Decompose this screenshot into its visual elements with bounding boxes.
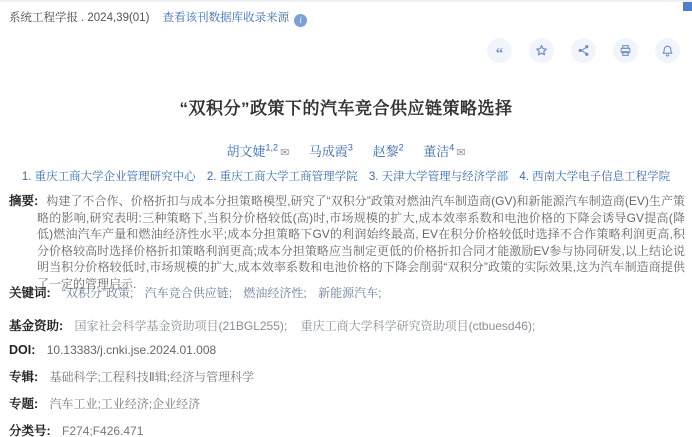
favorite-icon bbox=[535, 44, 548, 57]
clc-row: 分类号: F274;F426.471 bbox=[9, 421, 143, 437]
email-icon[interactable]: ✉ bbox=[280, 147, 289, 159]
author-affil-sup: 1,2 bbox=[266, 143, 279, 153]
keyword-link[interactable]: 新能源汽车; bbox=[318, 286, 381, 300]
author-link[interactable]: 胡文婕1,2✉ bbox=[227, 144, 290, 159]
scrollbar-top[interactable] bbox=[683, 2, 692, 11]
album-value: 基础科学;工程科技Ⅱ辑;经济与管理科学 bbox=[50, 370, 255, 384]
doi-label: DOI: bbox=[9, 343, 35, 357]
keyword-link[interactable]: “双积分”政策; bbox=[62, 286, 133, 300]
clc-value: F274;F426.471 bbox=[62, 424, 143, 437]
author-list: 胡文婕1,2✉ 马成霞3 赵黎2 董洁4✉ bbox=[0, 141, 692, 160]
info-icon[interactable]: i bbox=[294, 14, 307, 27]
favorite-button[interactable] bbox=[529, 38, 554, 63]
cite-icon: “ bbox=[496, 40, 504, 62]
article-toolbar: “ bbox=[487, 38, 680, 63]
author-affil-sup: 3 bbox=[348, 143, 353, 153]
alert-button[interactable] bbox=[655, 38, 680, 63]
cite-button[interactable]: “ bbox=[487, 38, 512, 63]
keywords-label: 关键词: bbox=[9, 286, 51, 300]
affiliation-link[interactable]: 3. 天津大学管理与经济学部 bbox=[369, 171, 508, 183]
fund-link[interactable]: 重庆工商大学科学研究资助项目(ctbuesd46); bbox=[301, 319, 536, 333]
clc-label: 分类号: bbox=[9, 424, 51, 437]
affiliation-list: 1. 重庆工商大学企业管理研究中心 2. 重庆工商大学工商管理学院 3. 天津大… bbox=[0, 168, 692, 184]
journal-name-link[interactable]: 系统工程学报 bbox=[9, 12, 78, 24]
topic-row: 专题: 汽车工业;工业经济;企业经济 bbox=[9, 394, 200, 412]
keyword-link[interactable]: 汽车竞合供应链; bbox=[145, 286, 232, 300]
author-link[interactable]: 董洁4✉ bbox=[423, 144, 465, 159]
alert-icon bbox=[661, 44, 674, 57]
fund-row: 基金资助: 国家社会科学基金资助项目(21BGL255); 重庆工商大学科学研究… bbox=[9, 316, 545, 334]
journal-bar: 系统工程学报. 2024,39(01) 查看该刊数据库收录来源i bbox=[9, 9, 307, 27]
album-row: 专辑: 基础科学;工程科技Ⅱ辑;经济与管理科学 bbox=[9, 367, 254, 385]
journal-issue: . 2024,39(01) bbox=[81, 12, 149, 24]
doi-row: DOI: 10.13383/j.cnki.jse.2024.01.008 bbox=[9, 343, 216, 357]
author-link[interactable]: 赵黎2 bbox=[373, 144, 404, 159]
fund-link[interactable]: 国家社会科学基金资助项目(21BGL255); bbox=[75, 319, 288, 333]
abstract-text: 构建了不合作、价格折扣与成本分担策略模型,研究了“双积分”政策对燃油汽车制造商(… bbox=[37, 194, 685, 291]
print-icon bbox=[619, 44, 632, 57]
print-button[interactable] bbox=[613, 38, 638, 63]
email-icon[interactable]: ✉ bbox=[456, 147, 465, 159]
page-title: “双积分”政策下的汽车竞合供应链策略选择 bbox=[0, 94, 692, 119]
topic-value: 汽车工业;工业经济;企业经济 bbox=[50, 397, 201, 411]
affiliation-link[interactable]: 4. 西南大学电子信息工程学院 bbox=[519, 171, 670, 183]
album-label: 专辑: bbox=[9, 370, 38, 384]
affiliation-link[interactable]: 1. 重庆工商大学企业管理研究中心 bbox=[22, 171, 196, 183]
fund-label: 基金资助: bbox=[9, 319, 63, 333]
share-icon bbox=[577, 44, 590, 57]
doi-value: 10.13383/j.cnki.jse.2024.01.008 bbox=[47, 343, 216, 357]
author-affil-sup: 2 bbox=[399, 143, 404, 153]
journal-source-link[interactable]: 查看该刊数据库收录来源 bbox=[163, 12, 290, 24]
share-button[interactable] bbox=[571, 38, 596, 63]
abstract-section: 摘要:构建了不合作、价格折扣与成本分担策略模型,研究了“双积分”政策对燃油汽车制… bbox=[9, 193, 685, 292]
author-link[interactable]: 马成霞3 bbox=[309, 144, 353, 159]
keywords-row: 关键词: “双积分”政策; 汽车竞合供应链; 燃油经济性; 新能源汽车; bbox=[9, 283, 389, 301]
author-affil-sup: 4 bbox=[449, 143, 454, 153]
keyword-link[interactable]: 燃油经济性; bbox=[243, 286, 306, 300]
abstract-label: 摘要: bbox=[9, 194, 38, 208]
affiliation-link[interactable]: 2. 重庆工商大学工商管理学院 bbox=[207, 171, 358, 183]
topic-label: 专题: bbox=[9, 397, 38, 411]
